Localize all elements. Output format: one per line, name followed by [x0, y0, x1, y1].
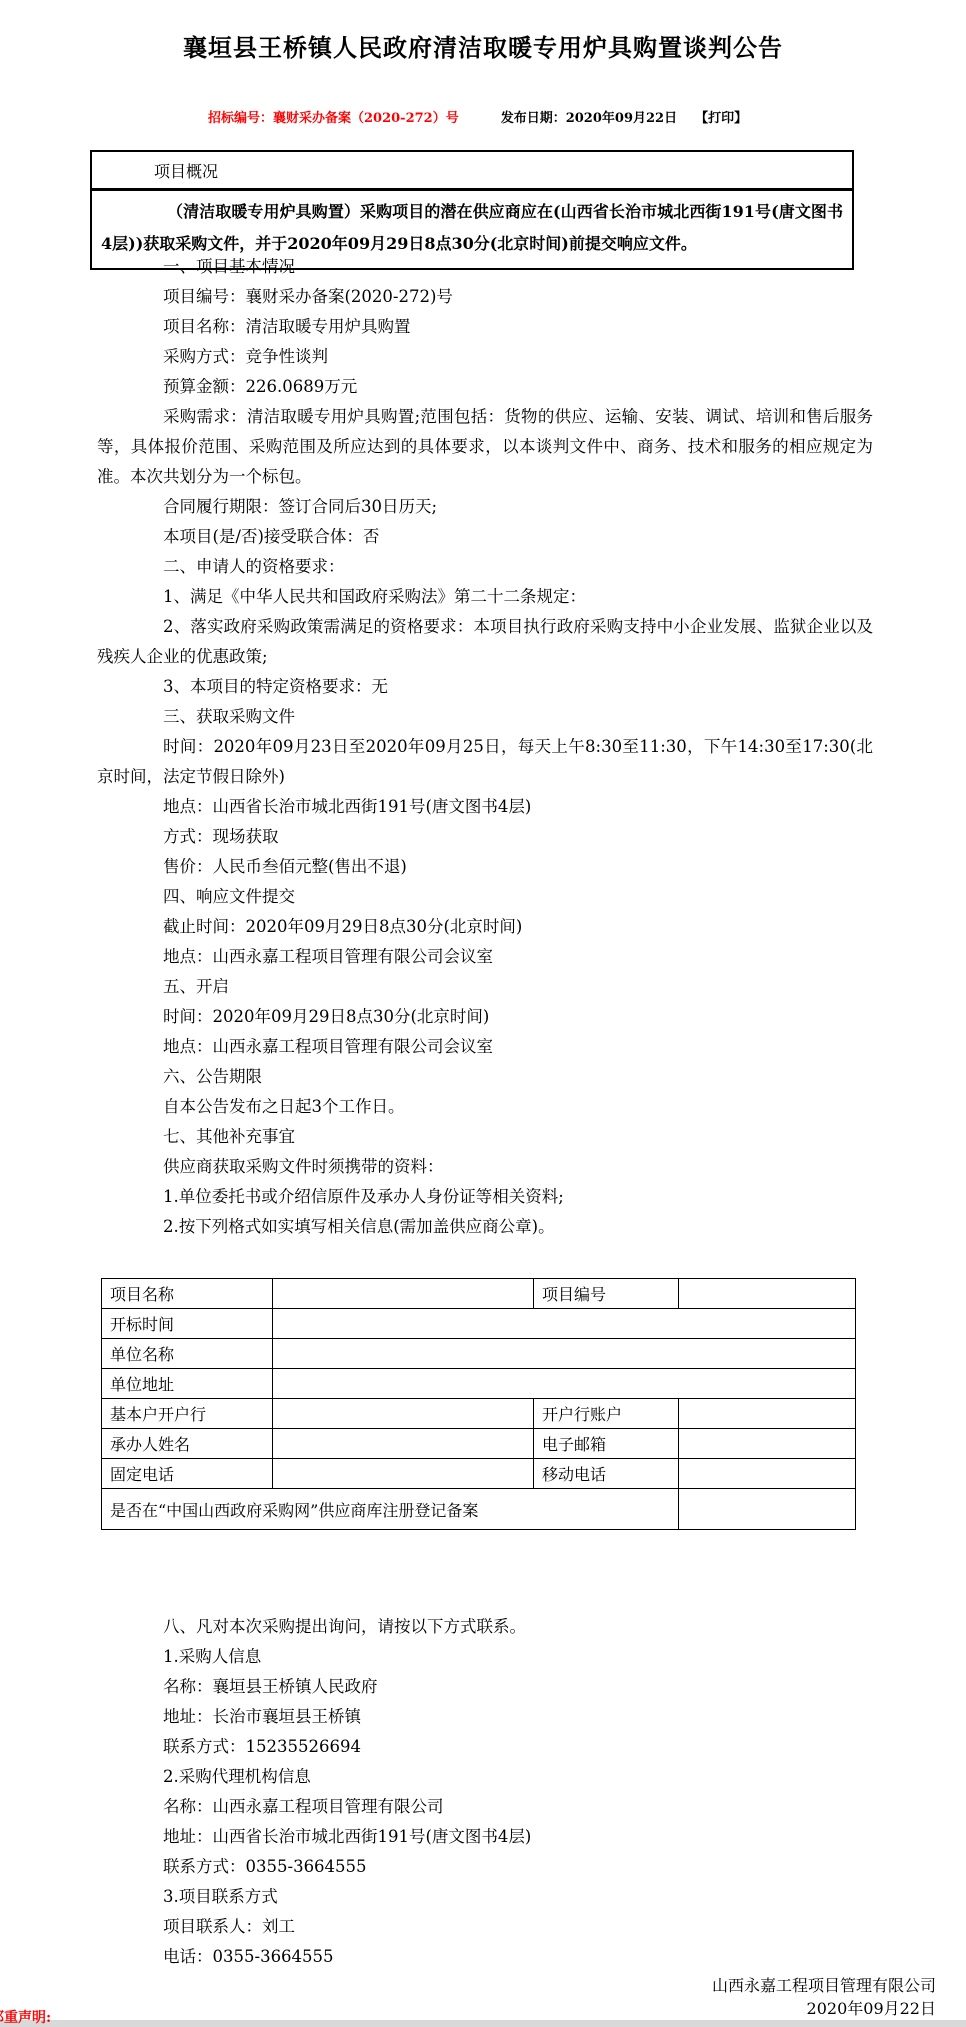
- table-label-cell: 项目编号: [534, 1279, 679, 1309]
- table-row: 基本户开户行 开户行账户: [102, 1399, 856, 1429]
- bottom-divider-bar: [0, 2020, 966, 2027]
- table-label-cell: 开户行账户: [534, 1399, 679, 1429]
- signature-block: 山西永嘉工程项目管理有限公司 2020年09月22日: [712, 1974, 936, 2020]
- table-label-cell: 单位地址: [102, 1369, 273, 1399]
- print-button[interactable]: 【打印】: [695, 107, 747, 126]
- table-input-cell: [273, 1339, 856, 1369]
- overview-header: 项目概况: [92, 152, 852, 191]
- doc-paragraph: 2、落实政府采购政策需满足的资格要求：本项目执行政府采购支持中小企业发展、监狱企…: [97, 612, 873, 672]
- doc-paragraph: 五、开启: [97, 972, 873, 1002]
- page-title: 襄垣县王桥镇人民政府清洁取暖专用炉具购置谈判公告: [0, 28, 966, 63]
- doc-paragraph: 联系方式：15235526694: [97, 1732, 873, 1762]
- table-label-cell: 单位名称: [102, 1339, 273, 1369]
- doc-paragraph: 名称：襄垣县王桥镇人民政府: [97, 1672, 873, 1702]
- doc-paragraph: 六、公告期限: [97, 1062, 873, 1092]
- table-row: 固定电话 移动电话: [102, 1459, 856, 1489]
- supplier-info-table: 项目名称 项目编号 开标时间 单位名称 单位地址 基本户开户行 开户行账户 承办…: [101, 1278, 856, 1530]
- signature-company: 山西永嘉工程项目管理有限公司: [712, 1974, 936, 1997]
- table-input-cell: [679, 1489, 856, 1530]
- doc-paragraph: 时间：2020年09月29日8点30分(北京时间): [97, 1002, 873, 1032]
- bid-number: 招标编号：襄财采办备案（2020-272）号: [208, 107, 459, 126]
- table-label-cell: 固定电话: [102, 1459, 273, 1489]
- contact-section: 八、凡对本次采购提出询问，请按以下方式联系。 1.采购人信息 名称：襄垣县王桥镇…: [97, 1612, 873, 1972]
- doc-paragraph: 项目名称：清洁取暖专用炉具购置: [97, 312, 873, 342]
- meta-row: 招标编号：襄财采办备案（2020-272）号 发布日期：2020年09月22日 …: [208, 107, 747, 126]
- table-row: 承办人姓名 电子邮箱: [102, 1429, 856, 1459]
- table-row: 单位地址: [102, 1369, 856, 1399]
- doc-paragraph: 2.采购代理机构信息: [97, 1762, 873, 1792]
- doc-paragraph: 3.项目联系方式: [97, 1882, 873, 1912]
- table-label-cell: 项目名称: [102, 1279, 273, 1309]
- doc-paragraph: 地址：长治市襄垣县王桥镇: [97, 1702, 873, 1732]
- table-row: 开标时间: [102, 1309, 856, 1339]
- doc-paragraph: 1.采购人信息: [97, 1642, 873, 1672]
- doc-paragraph: 时间：2020年09月23日至2020年09月25日，每天上午8:30至11:3…: [97, 732, 873, 792]
- table-input-cell: [273, 1399, 534, 1429]
- doc-paragraph: 地点：山西省长治市城北西街191号(唐文图书4层): [97, 792, 873, 822]
- doc-paragraph: 地点：山西永嘉工程项目管理有限公司会议室: [97, 942, 873, 972]
- doc-paragraph: 售价：人民币叁佰元整(售出不退): [97, 852, 873, 882]
- table-input-cell: [679, 1429, 856, 1459]
- doc-paragraph: 本项目(是/否)接受联合体：否: [97, 522, 873, 552]
- doc-paragraph: 采购需求：清洁取暖专用炉具购置;范围包括：货物的供应、运输、安装、调试、培训和售…: [97, 402, 873, 492]
- signature-date: 2020年09月22日: [712, 1997, 936, 2020]
- doc-paragraph: 地点：山西永嘉工程项目管理有限公司会议室: [97, 1032, 873, 1062]
- table-label-cell: 承办人姓名: [102, 1429, 273, 1459]
- doc-paragraph: 采购方式：竞争性谈判: [97, 342, 873, 372]
- announcement-page: { "doc": { "title": "襄垣县王桥镇人民政府清洁取暖专用炉具购…: [0, 0, 966, 2027]
- doc-paragraph: 3、本项目的特定资格要求：无: [97, 672, 873, 702]
- doc-paragraph: 合同履行期限：签订合同后30日历天;: [97, 492, 873, 522]
- bottom-notice-text: 郑重声明:: [0, 2007, 51, 2027]
- doc-paragraph: 二、申请人的资格要求：: [97, 552, 873, 582]
- doc-paragraph: 项目编号：襄财采办备案(2020-272)号: [97, 282, 873, 312]
- doc-paragraph: 截止时间：2020年09月29日8点30分(北京时间): [97, 912, 873, 942]
- table-row: 项目名称 项目编号: [102, 1279, 856, 1309]
- doc-paragraph: 七、其他补充事宜: [97, 1122, 873, 1152]
- table-input-cell: [679, 1279, 856, 1309]
- doc-paragraph: 1、满足《中华人民共和国政府采购法》第二十二条规定：: [97, 582, 873, 612]
- announcement-body: 一、项目基本情况 项目编号：襄财采办备案(2020-272)号 项目名称：清洁取…: [97, 252, 873, 1242]
- doc-paragraph: 四、响应文件提交: [97, 882, 873, 912]
- table-input-cell: [273, 1279, 534, 1309]
- doc-paragraph: 联系方式：0355-3664555: [97, 1852, 873, 1882]
- doc-paragraph: 供应商获取采购文件时须携带的资料：: [97, 1152, 873, 1182]
- doc-paragraph: 自本公告发布之日起3个工作日。: [97, 1092, 873, 1122]
- table-input-cell: [273, 1309, 856, 1339]
- doc-paragraph: 1.单位委托书或介绍信原件及承办人身份证等相关资料;: [97, 1182, 873, 1212]
- table-label-cell: 电子邮箱: [534, 1429, 679, 1459]
- doc-paragraph: 八、凡对本次采购提出询问，请按以下方式联系。: [97, 1612, 873, 1642]
- table-input-cell: [679, 1459, 856, 1489]
- publish-date: 发布日期：2020年09月22日: [501, 107, 677, 126]
- table-row: 是否在“中国山西政府采购网”供应商库注册登记备案: [102, 1489, 856, 1530]
- table-label-cell: 开标时间: [102, 1309, 273, 1339]
- doc-paragraph: 名称：山西永嘉工程项目管理有限公司: [97, 1792, 873, 1822]
- doc-paragraph: 电话：0355-3664555: [97, 1942, 873, 1972]
- table-label-cell: 基本户开户行: [102, 1399, 273, 1429]
- doc-paragraph: 项目联系人：刘工: [97, 1912, 873, 1942]
- doc-paragraph: 地址：山西省长治市城北西街191号(唐文图书4层): [97, 1822, 873, 1852]
- table-input-cell: [273, 1369, 856, 1399]
- table-label-cell: 移动电话: [534, 1459, 679, 1489]
- doc-paragraph: 方式：现场获取: [97, 822, 873, 852]
- table-input-cell: [679, 1399, 856, 1429]
- doc-paragraph: 一、项目基本情况: [97, 252, 873, 282]
- table-input-cell: [273, 1459, 534, 1489]
- table-row: 单位名称: [102, 1339, 856, 1369]
- doc-paragraph: 三、获取采购文件: [97, 702, 873, 732]
- table-label-cell: 是否在“中国山西政府采购网”供应商库注册登记备案: [102, 1489, 679, 1530]
- doc-paragraph: 2.按下列格式如实填写相关信息(需加盖供应商公章)。: [97, 1212, 873, 1242]
- doc-paragraph: 预算金额：226.0689万元: [97, 372, 873, 402]
- table-input-cell: [273, 1429, 534, 1459]
